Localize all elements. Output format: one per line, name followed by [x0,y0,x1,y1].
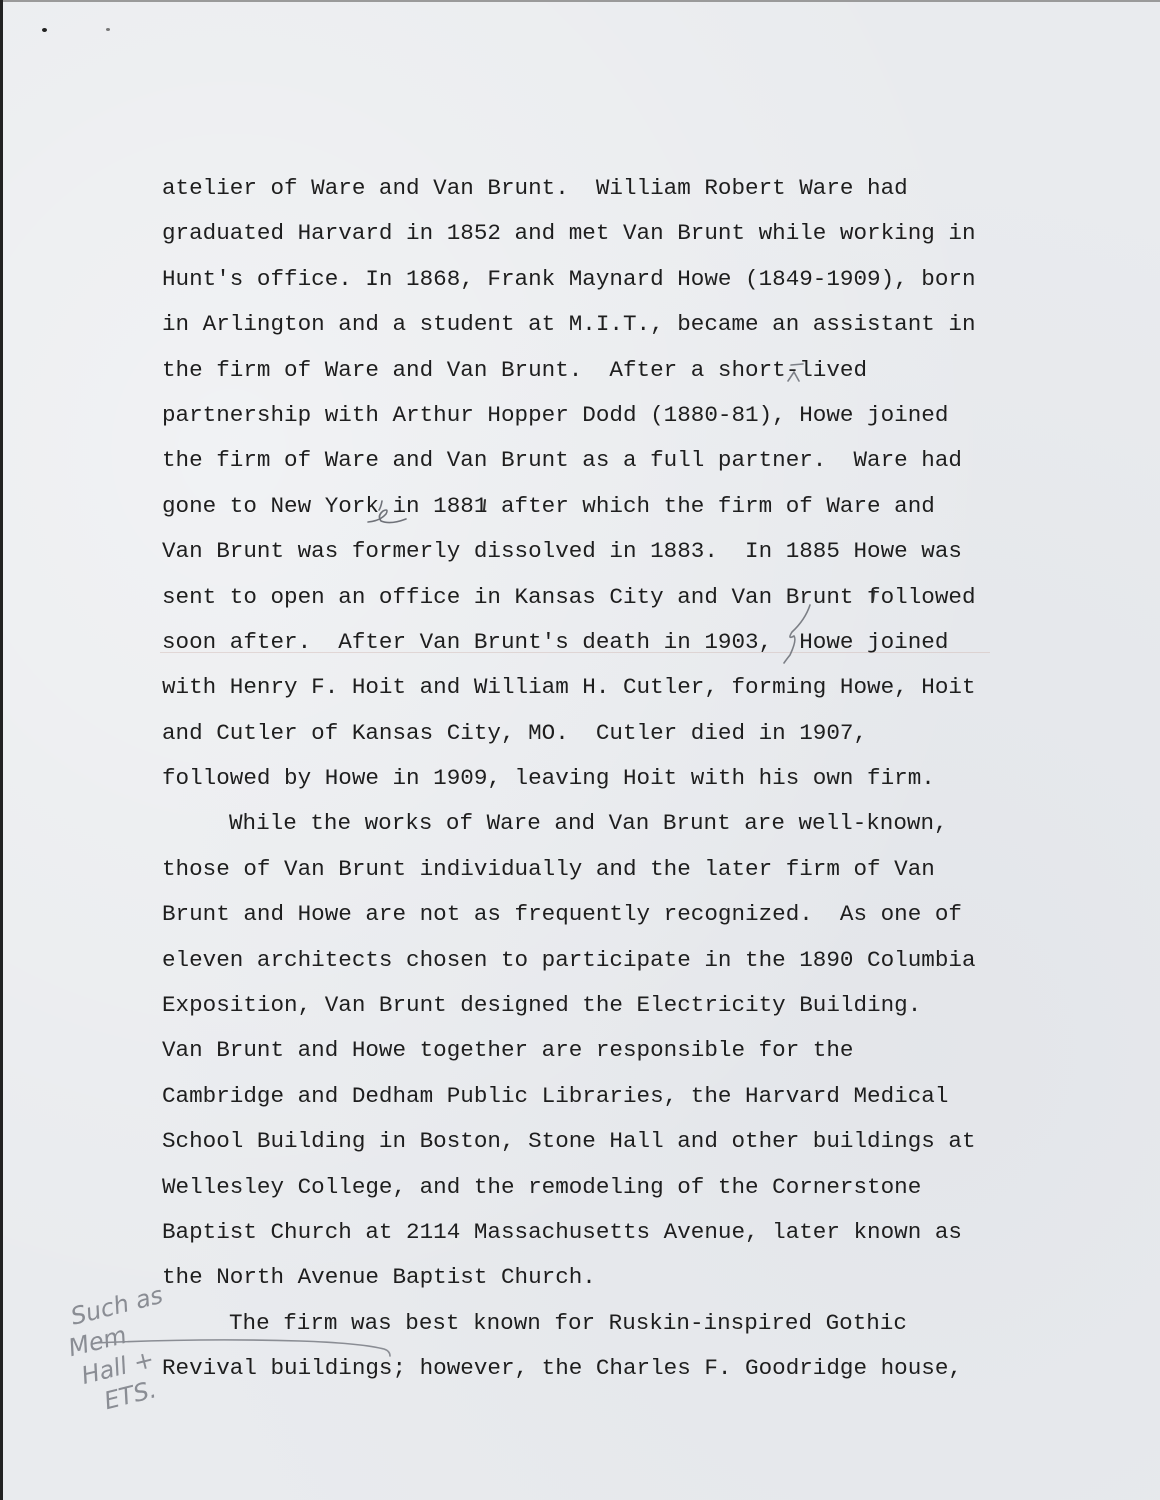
text-line: with Henry F. Hoit and William H. Cutler… [162,665,1002,710]
text-line: those of Van Brunt individually and the … [162,847,1002,892]
text-line: Wellesley College, and the remodeling of… [162,1165,1002,1210]
text-line: Brunt and Howe are not as frequently rec… [162,892,1002,937]
text-line: the firm of Ware and Van Brunt. After a … [162,348,1002,393]
text-line: partnership with Arthur Hopper Dodd (188… [162,393,1002,438]
text-line: graduated Harvard in 1852 and met Van Br… [162,211,1002,256]
text-line: Van Brunt was formerly dissolved in 1883… [162,529,1002,574]
page-top-edge [0,0,1160,2]
scanned-page: atelier of Ware and Van Brunt. William R… [0,0,1160,1500]
text-line: Cambridge and Dedham Public Libraries, t… [162,1074,1002,1119]
text-line: Hunt's office. In 1868, Frank Maynard Ho… [162,257,1002,302]
paragraph-first-line: The firm was best known for Ruskin-inspi… [162,1301,1002,1346]
text-line: followed by Howe in 1909, leaving Hoit w… [162,756,1002,801]
paragraph-first-line: While the works of Ware and Van Brunt ar… [162,801,1002,846]
text-line: in Arlington and a student at M.I.T., be… [162,302,1002,347]
text-line: and Cutler of Kansas City, MO. Cutler di… [162,711,1002,756]
text-line: Exposition, Van Brunt designed the Elect… [162,983,1002,1028]
text-line: Van Brunt and Howe together are responsi… [162,1028,1002,1073]
text-line: gone to New York in 1881 after which the… [162,484,1002,529]
scan-speck [106,28,110,31]
text-line: School Building in Boston, Stone Hall an… [162,1119,1002,1164]
text-line: eleven architects chosen to participate … [162,938,1002,983]
page-left-edge [0,0,3,1500]
document-body: atelier of Ware and Van Brunt. William R… [162,166,1002,1392]
text-line: Revival buildings; however, the Charles … [162,1346,1002,1391]
scan-speck [42,28,47,32]
text-line: the firm of Ware and Van Brunt as a full… [162,438,1002,483]
text-line: the North Avenue Baptist Church. [162,1255,1002,1300]
paragraph-first-line: atelier of Ware and Van Brunt. William R… [162,166,1002,211]
text-line: sent to open an office in Kansas City an… [162,575,1002,620]
text-line: Baptist Church at 2114 Massachusetts Ave… [162,1210,1002,1255]
text-line: soon after. After Van Brunt's death in 1… [162,620,1002,665]
